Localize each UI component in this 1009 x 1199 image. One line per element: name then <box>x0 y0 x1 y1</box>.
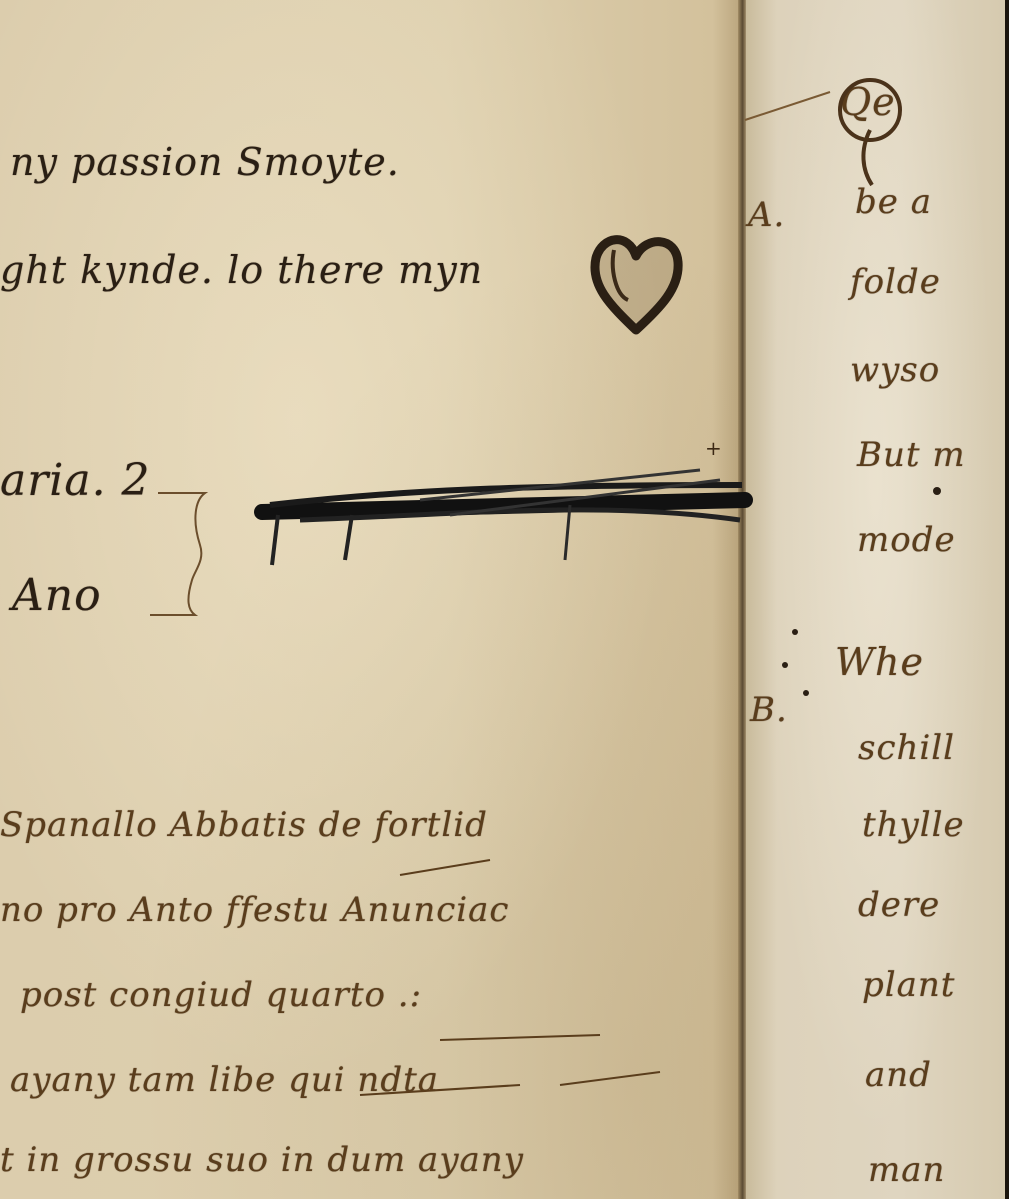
heart-icon <box>595 240 678 330</box>
strikethrough-scribble: + <box>262 436 745 565</box>
ink-drawings: + <box>0 0 1009 1199</box>
bracket-brace <box>150 493 205 615</box>
svg-text:+: + <box>705 436 722 460</box>
